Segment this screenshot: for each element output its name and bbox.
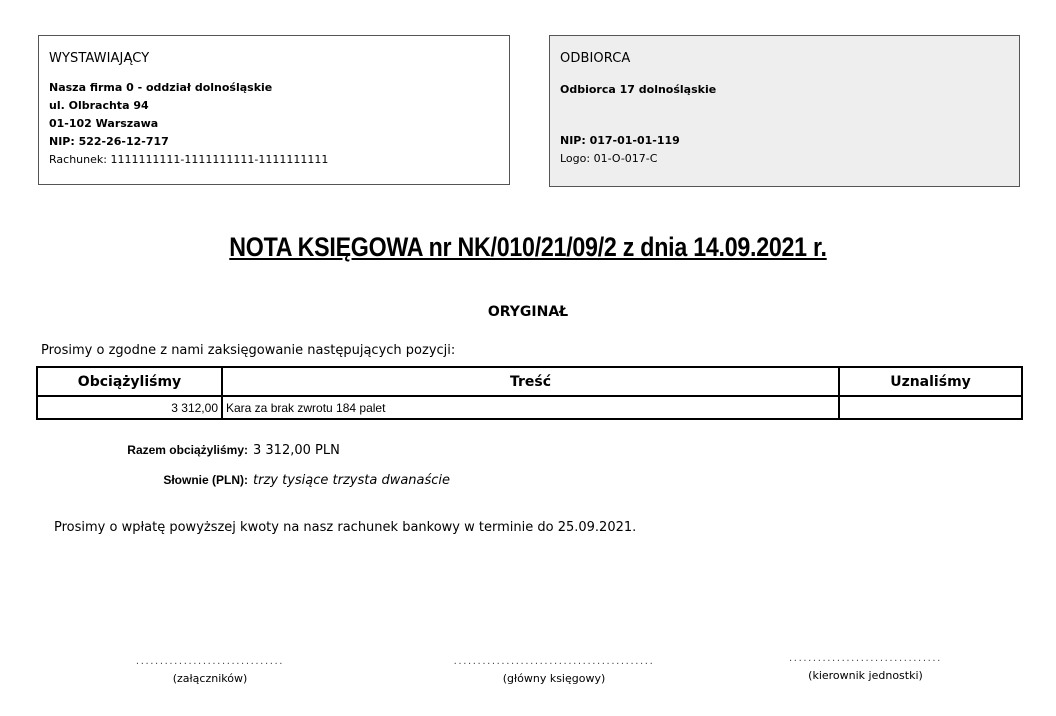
cell-description: Kara za brak zwrotu 184 palet	[222, 396, 839, 419]
recipient-nip: NIP: 017-01-01-119	[560, 132, 1009, 150]
signature-chief-accountant: ........................................…	[396, 656, 712, 685]
recipient-logo: Logo: 01-O-017-C	[560, 150, 1009, 168]
table-row: 3 312,00 Kara za brak zwrotu 184 palet	[37, 396, 1022, 419]
total-value: 3 312,00 PLN	[253, 443, 340, 458]
words-value: trzy tysiące trzysta dwanaście	[253, 473, 450, 488]
header-debit: Obciążyliśmy	[37, 367, 222, 396]
signature-line: ................................	[749, 653, 982, 665]
total-label: Razem obciążyliśmy:	[100, 443, 248, 457]
signature-line: ........................................…	[396, 656, 712, 668]
signature-attachments: ............................... (załączn…	[96, 656, 324, 685]
issuer-street: ul. Olbrachta 94	[49, 97, 499, 115]
recipient-box: ODBIORCA Odbiorca 17 dolnośląskie NIP: 0…	[549, 35, 1020, 187]
copy-label: ORYGINAŁ	[0, 304, 1056, 320]
items-table: Obciążyliśmy Treść Uznaliśmy 3 312,00 Ka…	[36, 366, 1023, 420]
issuer-account: Rachunek: 1111111111-1111111111-11111111…	[49, 151, 499, 169]
words-label: Słownie (PLN):	[100, 473, 248, 487]
signature-caption: (załączników)	[96, 672, 324, 685]
cell-credit	[839, 396, 1022, 419]
issuer-nip: NIP: 522-26-12-717	[49, 133, 499, 151]
words-row: Słownie (PLN):trzy tysiące trzysta dwana…	[100, 473, 450, 488]
signature-line: ...............................	[96, 656, 324, 668]
cell-debit: 3 312,00	[37, 396, 222, 419]
table-header-row: Obciążyliśmy Treść Uznaliśmy	[37, 367, 1022, 396]
issuer-city: 01-102 Warszawa	[49, 115, 499, 133]
issuer-box: WYSTAWIAJĄCY Nasza firma 0 - oddział dol…	[38, 35, 510, 185]
recipient-heading: ODBIORCA	[560, 51, 1009, 66]
header-description: Treść	[222, 367, 839, 396]
payment-note: Prosimy o wpłatę powyższej kwoty na nasz…	[54, 520, 636, 535]
issuer-name: Nasza firma 0 - oddział dolnośląskie	[49, 79, 499, 97]
total-row: Razem obciążyliśmy:3 312,00 PLN	[100, 443, 340, 458]
signature-caption: (kierownik jednostki)	[749, 669, 982, 682]
header-credit: Uznaliśmy	[839, 367, 1022, 396]
issuer-heading: WYSTAWIAJĄCY	[49, 51, 499, 66]
intro-text: Prosimy o zgodne z nami zaksięgowanie na…	[41, 343, 455, 358]
signature-caption: (główny księgowy)	[396, 672, 712, 685]
document-title: NOTA KSIĘGOWA nr NK/010/21/09/2 z dnia 1…	[74, 232, 982, 263]
recipient-name: Odbiorca 17 dolnośląskie	[560, 81, 1009, 99]
signature-unit-manager: ................................ (kierow…	[749, 653, 982, 682]
